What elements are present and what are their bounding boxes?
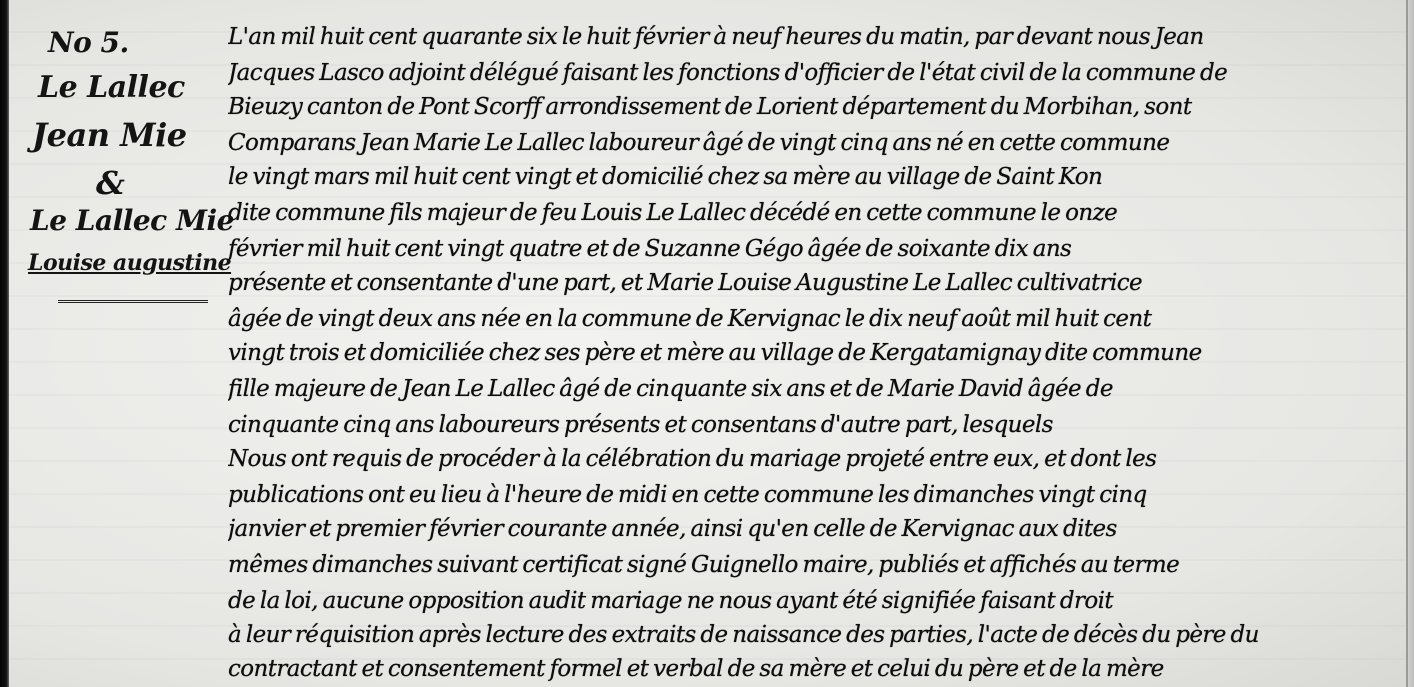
text-line: cinquante cinq ans laboureurs présents e…: [228, 408, 1404, 442]
text-line: Bieuzy canton de Pont Scorff arrondissem…: [228, 90, 1404, 124]
text-line: fille majeure de Jean Le Lallec âgé de c…: [228, 372, 1404, 406]
text-line: Jacques Lasco adjoint délégué faisant le…: [228, 56, 1404, 90]
groom-given-name: Jean Mie: [32, 116, 187, 154]
bride-surname: Le Lallec Mie: [30, 204, 234, 237]
text-line: contractant et consentement formel et ve…: [228, 652, 1404, 686]
text-line: présente et consentante d'une part, et M…: [228, 266, 1404, 300]
ampersand: &: [96, 164, 124, 202]
bride-given-name: Louise augustine: [28, 250, 231, 276]
text-line: Nous ont requis de procéder à la célébra…: [228, 442, 1404, 476]
text-line: de la loi, aucune opposition audit maria…: [228, 584, 1404, 618]
text-line: janvier et premier février courante anné…: [228, 512, 1404, 546]
page-binding-edge: [0, 0, 9, 687]
document-page: No 5. Le Lallec Jean Mie & Le Lallec Mie…: [0, 0, 1414, 687]
groom-surname: Le Lallec: [38, 70, 185, 105]
text-line: âgée de vingt deux ans née en la commune…: [228, 302, 1404, 336]
text-line: mêmes dimanches suivant certificat signé…: [228, 548, 1404, 582]
text-line: le vingt mars mil huit cent vingt et dom…: [228, 160, 1404, 194]
text-line: L'an mil huit cent quarante six le huit …: [228, 20, 1404, 54]
margin-flourish: [58, 298, 208, 303]
text-line: février mil huit cent vingt quatre et de…: [228, 232, 1404, 266]
text-line: vingt trois et domiciliée chez ses père …: [228, 336, 1404, 370]
text-line: publications ont eu lieu à l'heure de mi…: [228, 478, 1404, 512]
text-line: dite commune fils majeur de feu Louis Le…: [228, 196, 1404, 230]
record-number: No 5.: [48, 26, 129, 59]
text-line: à leur réquisition après lecture des ext…: [228, 618, 1404, 652]
text-line: Comparans Jean Marie Le Lallec laboureur…: [228, 126, 1404, 160]
page-right-edge: [1408, 0, 1414, 687]
